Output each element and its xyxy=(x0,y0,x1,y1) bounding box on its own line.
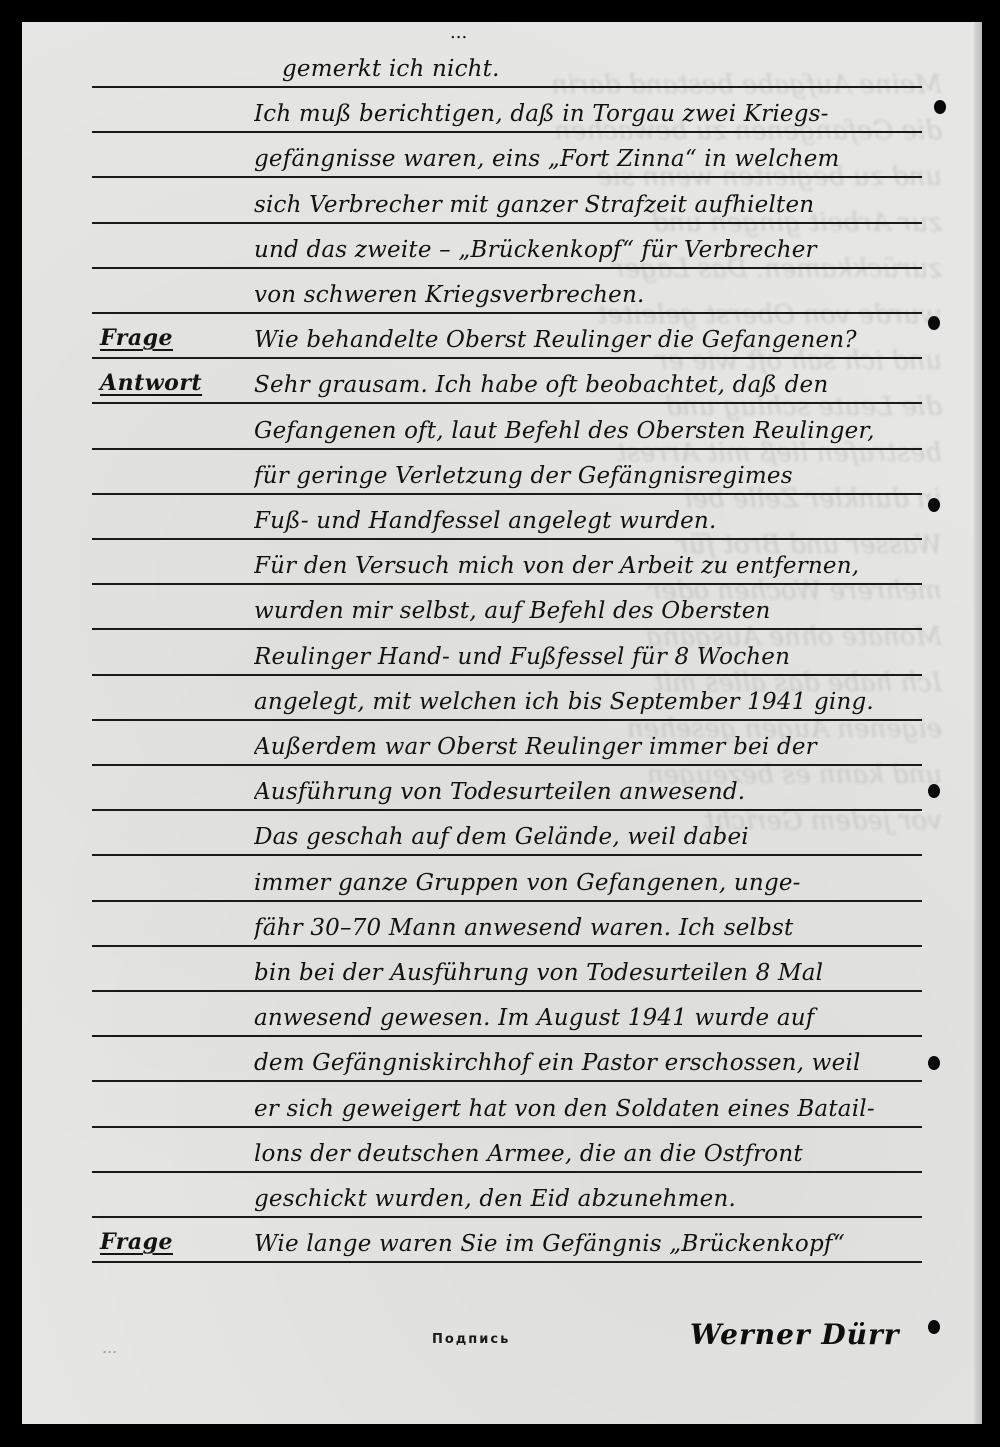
handwritten-text: und das zweite – „Brückenkopf“ für Verbr… xyxy=(254,237,932,263)
document-line: fähr 30–70 Mann anwesend waren. Ich selb… xyxy=(22,901,982,947)
handwritten-text: lons der deutschen Armee, die an die Ost… xyxy=(254,1141,932,1167)
handwritten-text: gefängnisse waren, eins „Fort Zinna“ in … xyxy=(254,146,932,172)
handwritten-text: Fuß- und Handfessel angelegt wurden. xyxy=(254,508,932,534)
handwritten-text: bin bei der Ausführung von Todesurteilen… xyxy=(254,960,932,986)
handwritten-text: Ausführung von Todesurteilen anwesend. xyxy=(254,779,932,805)
punch-hole xyxy=(928,316,940,330)
handwritten-text: immer ganze Gruppen von Gefangenen, unge… xyxy=(254,870,932,896)
margin-label-antwort: Antwort xyxy=(100,370,202,396)
document-line: Ausführung von Todesurteilen anwesend. xyxy=(22,765,982,811)
handwritten-text: sich Verbrecher mit ganzer Strafzeit auf… xyxy=(254,192,932,218)
document-line: Fuß- und Handfessel angelegt wurden. xyxy=(22,494,982,540)
handwritten-text: für geringe Verletzung der Gefängnisregi… xyxy=(254,463,932,489)
document-line: sich Verbrecher mit ganzer Strafzeit auf… xyxy=(22,178,982,224)
document-line: angelegt, mit welchen ich bis September … xyxy=(22,675,982,721)
document-line: gemerkt ich nicht. xyxy=(22,42,982,88)
punch-hole xyxy=(928,498,940,512)
document-line: Gefangenen oft, laut Befehl des Obersten… xyxy=(22,404,982,450)
handwritten-text: Sehr grausam. Ich habe oft beobachtet, d… xyxy=(254,372,932,398)
document-line: AntwortSehr grausam. Ich habe oft beobac… xyxy=(22,358,982,404)
document-line: er sich geweigert hat von den Soldaten e… xyxy=(22,1082,982,1128)
document-line: von schweren Kriegsverbrechen. xyxy=(22,268,982,314)
document-line: immer ganze Gruppen von Gefangenen, unge… xyxy=(22,856,982,902)
document-line: Das geschah auf dem Gelände, weil dabei xyxy=(22,810,982,856)
handwritten-text: Für den Versuch mich von der Arbeit zu e… xyxy=(254,553,932,579)
handwritten-text: angelegt, mit welchen ich bis September … xyxy=(254,689,932,715)
handwritten-text: anwesend gewesen. Im August 1941 wurde a… xyxy=(254,1005,932,1031)
handwritten-text: Ich muß berichtigen, daß in Torgau zwei … xyxy=(254,101,932,127)
handwritten-text: fähr 30–70 Mann anwesend waren. Ich selb… xyxy=(254,915,932,941)
handwritten-text: wurden mir selbst, auf Befehl des Oberst… xyxy=(254,598,932,624)
document-line: für geringe Verletzung der Gefängnisregi… xyxy=(22,449,982,495)
margin-label-frage: Frage xyxy=(100,1229,173,1255)
handwritten-text: geschickt wurden, den Eid abzunehmen. xyxy=(254,1186,932,1212)
signature: Werner Dürr xyxy=(690,1318,900,1351)
punch-hole xyxy=(928,1320,940,1334)
document-line: anwesend gewesen. Im August 1941 wurde a… xyxy=(22,991,982,1037)
document-line: wurden mir selbst, auf Befehl des Oberst… xyxy=(22,584,982,630)
handwritten-text: dem Gefängniskirchhof ein Pastor erschos… xyxy=(254,1050,932,1076)
document-line: FrageWie behandelte Oberst Reulinger die… xyxy=(22,313,982,359)
handwritten-text: von schweren Kriegsverbrechen. xyxy=(254,282,932,308)
handwritten-text: Reulinger Hand- und Fußfessel für 8 Woch… xyxy=(254,644,932,670)
document-line: lons der deutschen Armee, die an die Ost… xyxy=(22,1127,982,1173)
handwritten-text: gemerkt ich nicht. xyxy=(282,56,932,82)
punch-hole xyxy=(934,100,946,114)
document-line: und das zweite – „Brückenkopf“ für Verbr… xyxy=(22,223,982,269)
punch-hole xyxy=(928,1056,940,1070)
top-fragment: ... xyxy=(450,22,467,43)
document-line: gefängnisse waren, eins „Fort Zinna“ in … xyxy=(22,132,982,178)
document-line: Für den Versuch mich von der Arbeit zu e… xyxy=(22,539,982,585)
document-line: FrageWie lange waren Sie im Gefängnis „B… xyxy=(22,1217,982,1263)
document-page: Meine Aufgabe bestand darin die Gefangen… xyxy=(22,22,982,1424)
ruled-line xyxy=(92,1261,922,1263)
margin-label-frage: Frage xyxy=(100,325,173,351)
handwritten-text: Das geschah auf dem Gelände, weil dabei xyxy=(254,824,932,850)
document-line: Außerdem war Oberst Reulinger immer bei … xyxy=(22,720,982,766)
document-line: Reulinger Hand- und Fußfessel für 8 Woch… xyxy=(22,630,982,676)
document-line: bin bei der Ausführung von Todesurteilen… xyxy=(22,946,982,992)
signature-label: Подпись xyxy=(432,1332,510,1347)
handwritten-text: Wie behandelte Oberst Reulinger die Gefa… xyxy=(254,327,932,353)
document-line: geschickt wurden, den Eid abzunehmen. xyxy=(22,1172,982,1218)
handwritten-text: er sich geweigert hat von den Soldaten e… xyxy=(254,1096,932,1122)
faint-margin-note: ... xyxy=(102,1338,117,1357)
document-line: dem Gefängniskirchhof ein Pastor erschos… xyxy=(22,1036,982,1082)
handwritten-text: Außerdem war Oberst Reulinger immer bei … xyxy=(254,734,932,760)
document-line: Ich muß berichtigen, daß in Torgau zwei … xyxy=(22,87,982,133)
handwritten-text: Wie lange waren Sie im Gefängnis „Brücke… xyxy=(254,1231,932,1257)
handwritten-text: Gefangenen oft, laut Befehl des Obersten… xyxy=(254,418,932,444)
punch-hole xyxy=(928,784,940,798)
